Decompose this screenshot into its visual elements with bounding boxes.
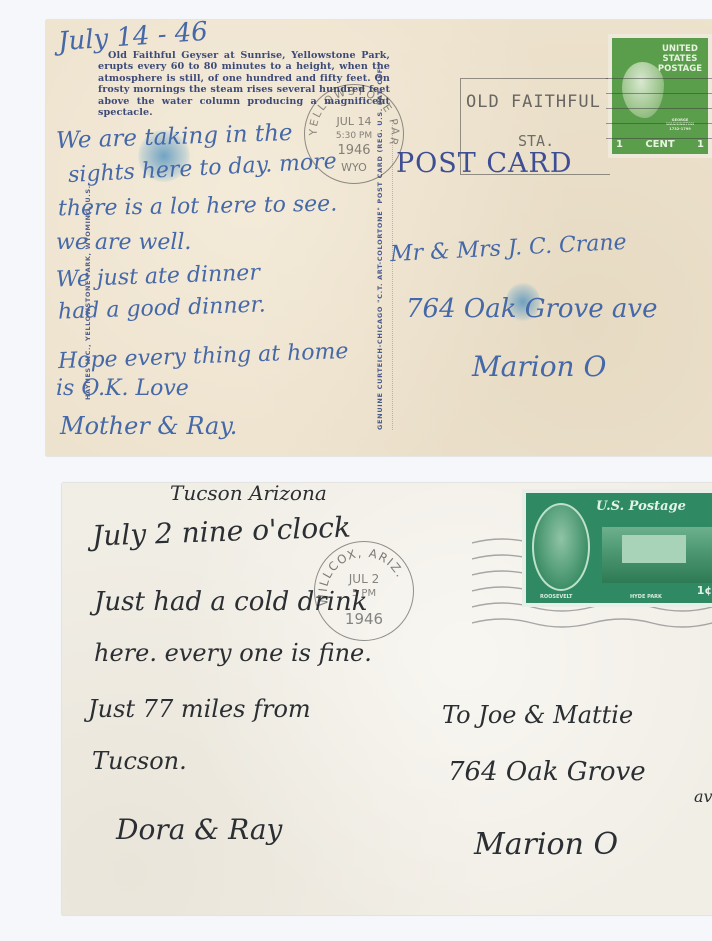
postmark-date: JUL 2 <box>315 572 413 586</box>
location-heading: Tucson Arizona <box>170 483 327 505</box>
message-line: Just had a cold drink <box>94 587 367 617</box>
message-line: sights here to day. more <box>68 149 338 188</box>
message-line: is O.K. Love <box>56 376 189 401</box>
roosevelt-hyde-park-stamp: U.S. Postage ROOSEVELT HYDE PARK 1¢ <box>522 489 712 607</box>
hyde-park-house-icon <box>602 527 712 583</box>
message-line: Just 77 miles from <box>88 695 311 723</box>
address-line: Marion O <box>472 350 606 383</box>
address-line: Marion O <box>474 827 618 862</box>
message-line: we are well. <box>56 230 191 255</box>
postcard-top: HAYNES INC., YELLOWSTONE PARK, WYOMING, … <box>46 20 712 456</box>
stamp-face: U.S. Postage ROOSEVELT HYDE PARK 1¢ <box>526 493 712 603</box>
stamp-text-line: STATES <box>658 54 702 64</box>
message-line: here. every one is fine. <box>94 639 372 667</box>
postcard-bottom: U.S. Postage ROOSEVELT HYDE PARK 1¢ WILL… <box>62 483 712 915</box>
address-line: Mr & Mrs J. C. Crane <box>390 230 628 267</box>
stamp-text-line: UNITED <box>658 44 702 54</box>
stamp-scene-label: HYDE PARK <box>630 594 662 600</box>
address-line: 764 Oak Grove <box>448 757 646 787</box>
message-line: Hope every thing at home <box>58 339 349 374</box>
address-line: 764 Oak Grove ave <box>406 294 658 324</box>
stamp-portrait-label: ROOSEVELT <box>540 594 572 600</box>
stamp-denomination: 1¢ <box>697 584 712 597</box>
signature: Mother & Ray. <box>60 412 237 440</box>
address-line: ave <box>694 787 712 806</box>
message-line: We are taking in the <box>56 120 293 154</box>
slogan-cancel-line1: OLD FAITHFUL <box>466 92 601 112</box>
stamp-cancel-lines <box>606 78 712 176</box>
stamp-title: U.S. Postage <box>596 499 686 514</box>
postmark-time: 5:30 PM <box>305 131 403 141</box>
roosevelt-portrait-icon <box>532 503 590 591</box>
message-line: Tucson. <box>92 747 187 775</box>
address-line: To Joe & Mattie <box>442 701 633 729</box>
signature: Dora & Ray <box>116 813 282 846</box>
stamp-text-line: POSTAGE <box>658 64 702 74</box>
postmark-date: JUL 14 <box>305 115 403 128</box>
post-card-title: POST CARD <box>396 148 573 179</box>
message-line: July 2 nine o'clock <box>92 510 352 552</box>
stamp-country-text: UNITED STATES POSTAGE <box>658 44 702 74</box>
message-line: there is a lot here to see. <box>58 192 338 222</box>
